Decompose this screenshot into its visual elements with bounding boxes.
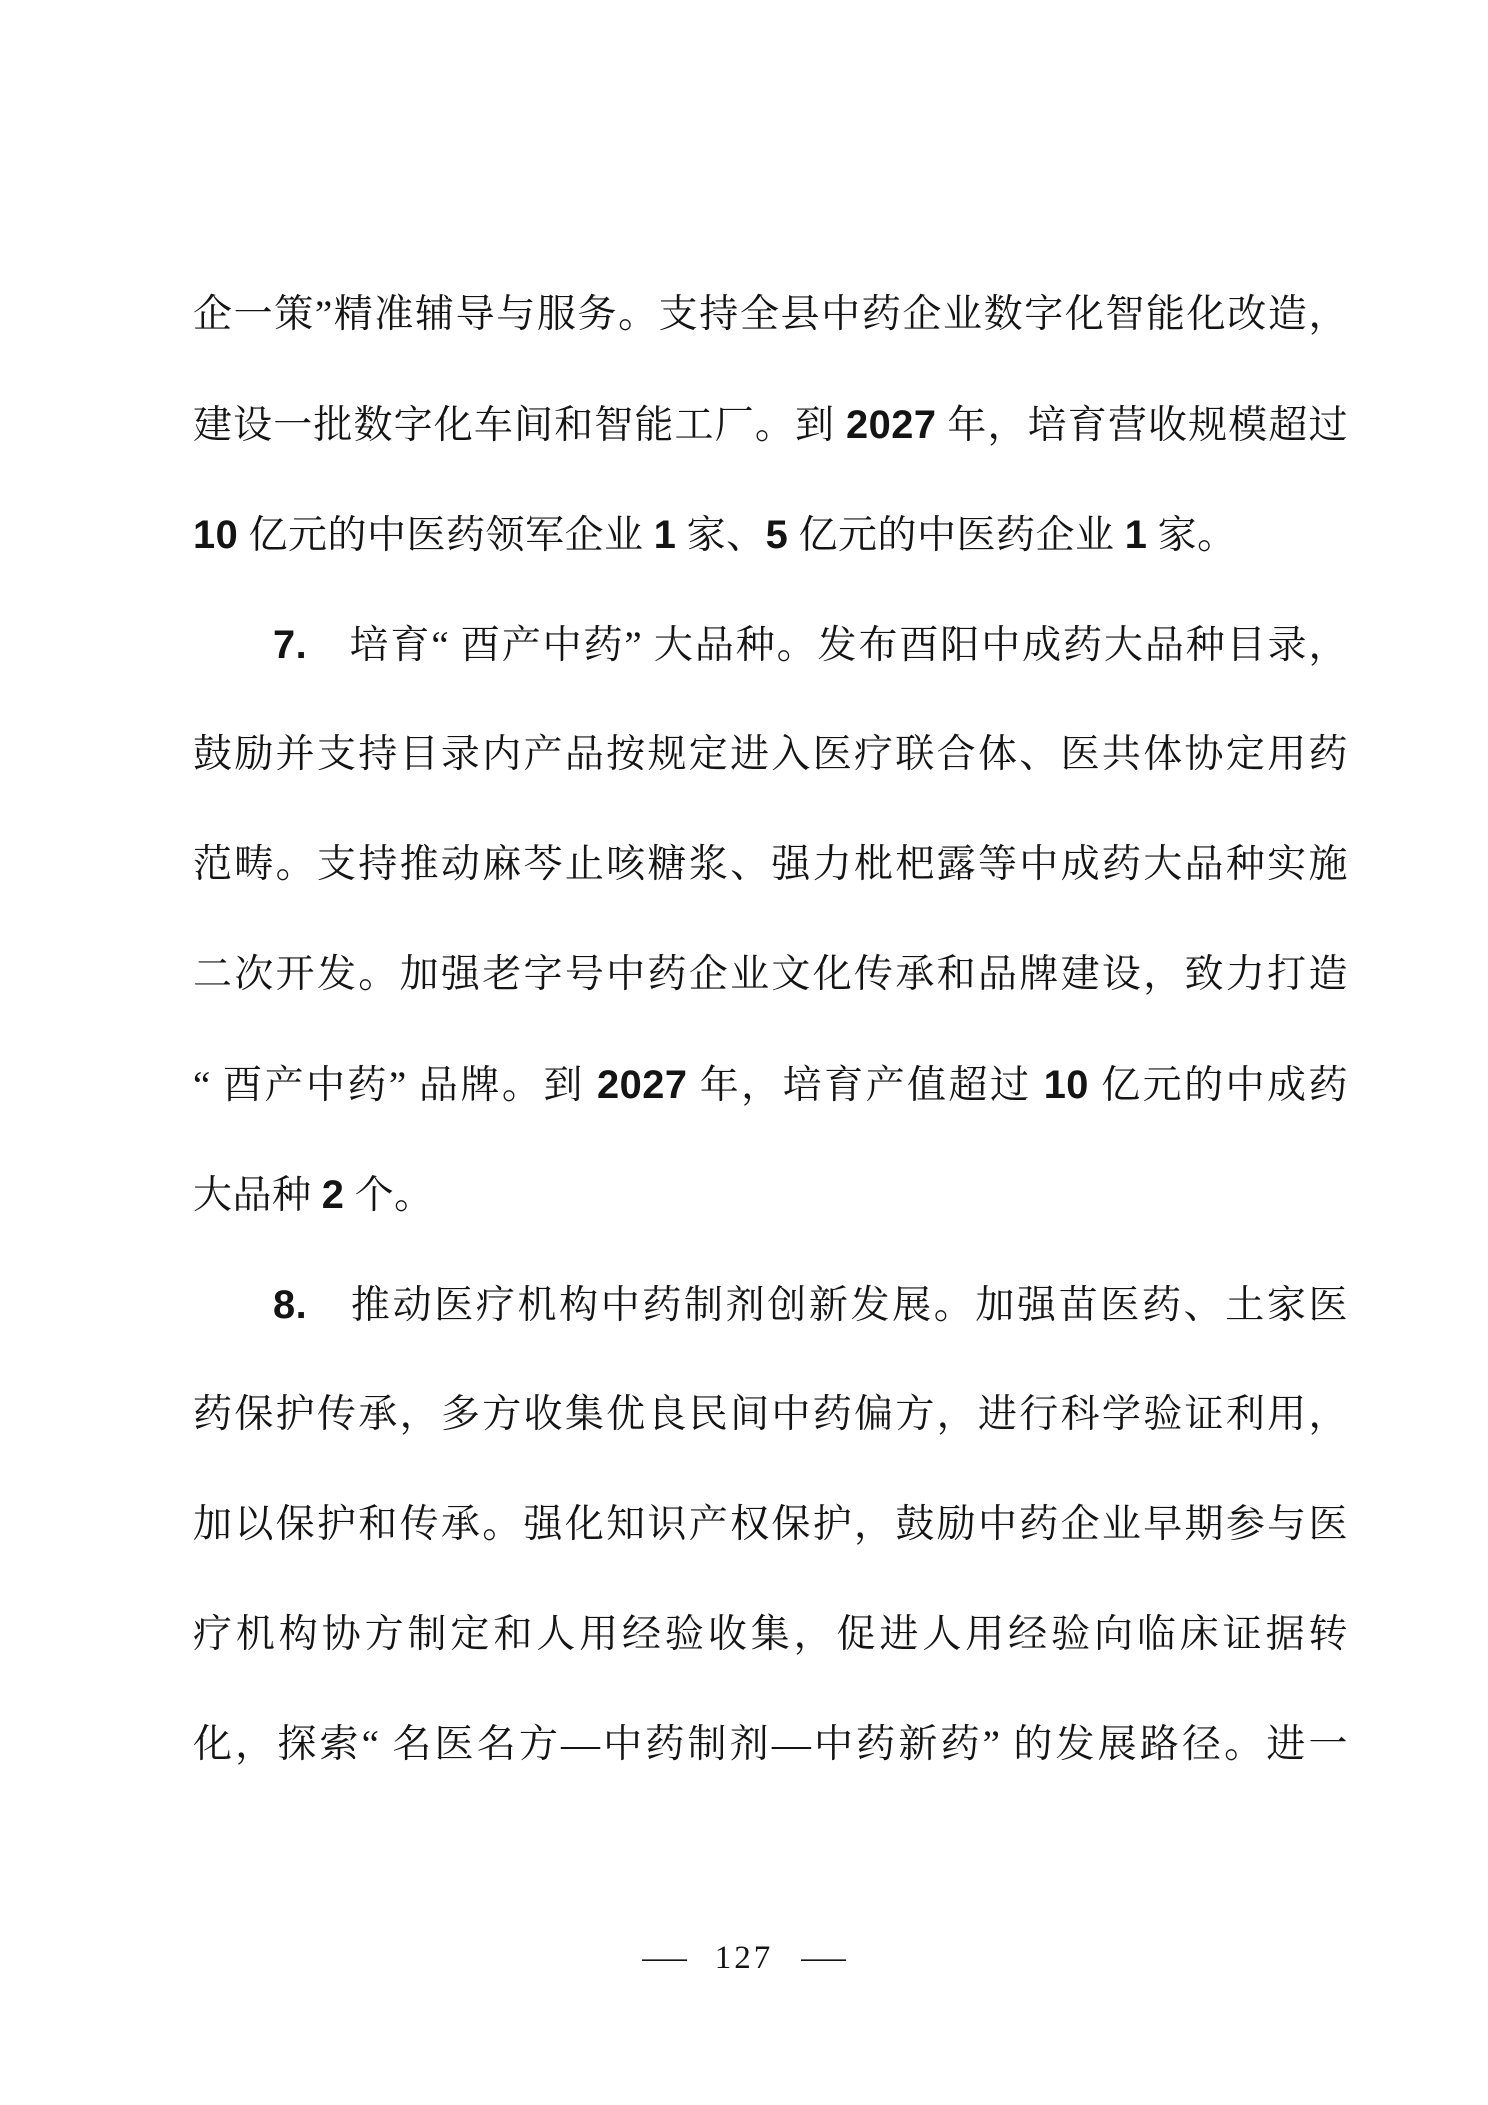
text-line: 10 亿元的中医药领军企业 1 家、5 亿元的中医药企业 1 家。 xyxy=(193,480,1348,590)
text-line: “ 酉产中药” 品牌。到 2027 年，培育产值超过 10 亿元的中成药 xyxy=(193,1030,1348,1140)
numeral: 5 xyxy=(766,513,789,557)
text-line: 化，探索“ 名医名方—中药制剂—中药新药” 的发展路径。进一 xyxy=(193,1690,1348,1800)
text-line-paragraph-8: 8. 推动医疗机构中药制剂创新发展。加强苗医药、土家医 xyxy=(193,1250,1348,1360)
text-line: 企一策”精准辅导与服务。支持全县中药企业数字化智能化改造， xyxy=(193,260,1348,370)
text-line: 大品种 2 个。 xyxy=(193,1140,1348,1250)
text-line: 二次开发。加强老字号中药企业文化传承和品牌建设，致力打造 xyxy=(193,920,1348,1030)
page-number: 127 xyxy=(715,1940,774,1977)
text-line: 范畴。支持推动麻芩止咳糖浆、强力枇杷露等中成药大品种实施 xyxy=(193,810,1348,920)
text-line-paragraph-7: 7. 培育“ 酉产中药” 大品种。发布酉阳中成药大品种目录， xyxy=(193,590,1348,700)
numeral: 1 xyxy=(654,513,677,557)
footer-dash-left: — xyxy=(642,1940,687,1977)
text-line: 疗机构协方制定和人用经验收集，促进人用经验向临床证据转 xyxy=(193,1580,1348,1690)
numeral: 7. xyxy=(273,623,307,667)
footer-dash-right: — xyxy=(801,1940,846,1977)
numeral: 2 xyxy=(322,1173,345,1217)
text-block: 企一策”精准辅导与服务。支持全县中药企业数字化智能化改造， 建设一批数字化车间和… xyxy=(193,260,1348,1800)
numeral: 10 xyxy=(1044,1063,1089,1107)
text-line: 加以保护和传承。强化知识产权保护，鼓励中药企业早期参与医 xyxy=(193,1470,1348,1580)
text-line: 建设一批数字化车间和智能工厂。到 2027 年，培育营收规模超过 xyxy=(193,370,1348,480)
numeral: 1 xyxy=(1125,513,1148,557)
page-footer: — 127 — xyxy=(0,1928,1488,1988)
text-line: 鼓励并支持目录内产品按规定进入医疗联合体、医共体协定用药 xyxy=(193,700,1348,810)
document-page: 企一策”精准辅导与服务。支持全县中药企业数字化智能化改造， 建设一批数字化车间和… xyxy=(0,0,1488,2105)
numeral: 2027 xyxy=(846,403,936,447)
numeral: 2027 xyxy=(597,1063,687,1107)
text-line: 药保护传承，多方收集优良民间中药偏方，进行科学验证利用， xyxy=(193,1360,1348,1470)
numeral: 10 xyxy=(193,513,238,557)
numeral: 8. xyxy=(273,1283,307,1327)
